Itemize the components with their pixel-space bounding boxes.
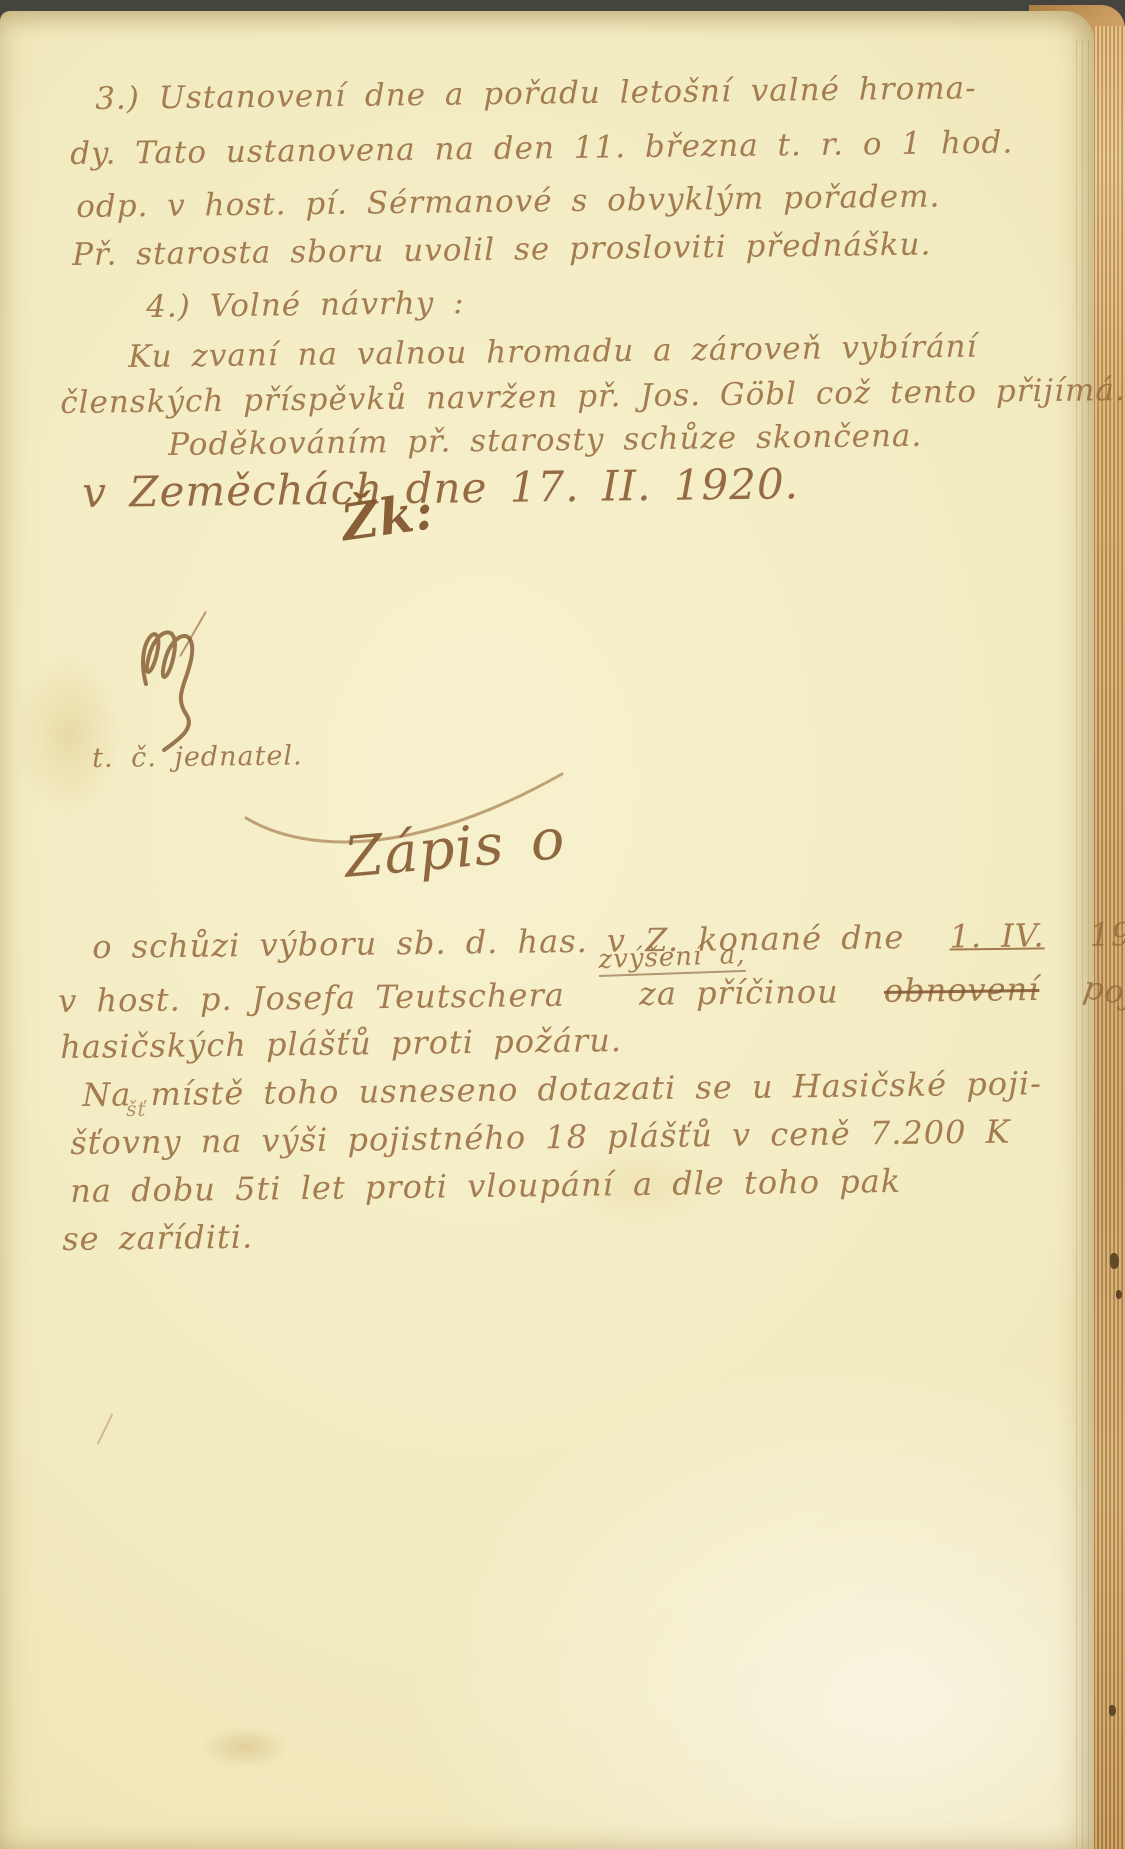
secretary-monogram: Žk: — [338, 483, 437, 550]
inserted-correction: zvýšení a, — [598, 941, 746, 977]
dateline: v Zeměchách dne 17. II. 1920. — [82, 461, 799, 516]
line-fragment: 1920 — [1089, 915, 1125, 954]
underlined-date: 1. IV. — [949, 916, 1044, 955]
handwritten-line: se zaříditi. — [62, 1220, 253, 1258]
handwritten-line: hasičských plášťů proti požáru. — [60, 1023, 622, 1065]
inserted-correction: šť — [126, 1098, 147, 1120]
scan-background: 3.) Ustanovení dne a pořadu letošní valn… — [0, 0, 1125, 1849]
signature-flourish — [112, 588, 302, 758]
page-edge-blemish — [1110, 1253, 1119, 1269]
page-edge-blemish — [1116, 1290, 1122, 1299]
struck-word: obnovení — [884, 970, 1040, 1010]
line-fragment: za příčinou — [639, 972, 839, 1012]
handwritten-line: 4.) Volné návrhy : — [146, 286, 465, 324]
line-fragment: v host. p. Josefa Teutschera — [58, 976, 565, 1020]
page-edge-blemish — [1109, 1705, 1116, 1716]
